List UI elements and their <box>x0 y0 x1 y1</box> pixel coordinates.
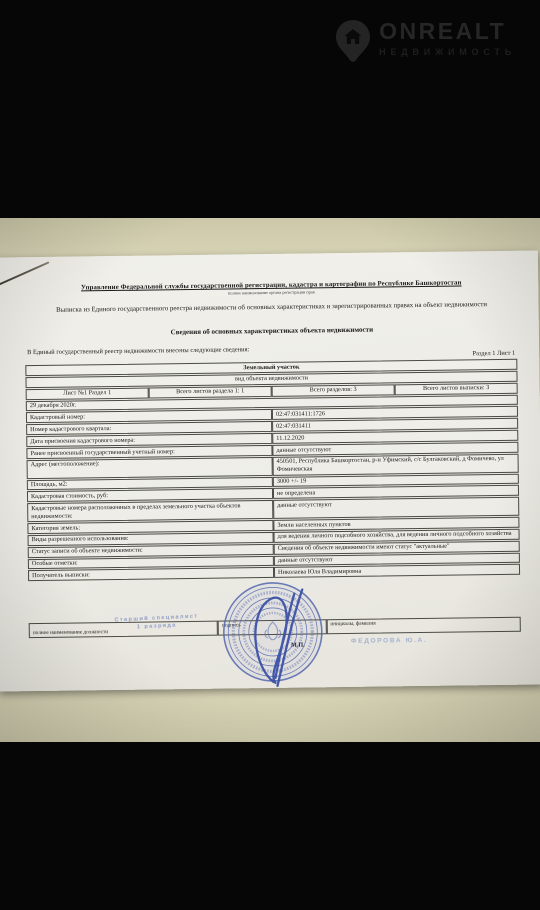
document-sheet: Управление Федеральной службы государств… <box>0 250 540 691</box>
sheet-info-cell: Всего разделов: 3 <box>272 384 395 396</box>
row-label: Получатель выписки: <box>28 567 274 581</box>
row-value: Николаева Юля Владимировна <box>274 564 520 578</box>
section-ref: Раздел 1 Лист 1 <box>472 350 515 358</box>
document-table: Земельный участок вид объекта недвижимос… <box>25 358 520 583</box>
sheet-info-cell: Всего листов выписки: 3 <box>395 382 518 394</box>
intro-line: В Единый государственный реестр недвижим… <box>27 346 249 356</box>
handwritten-signature <box>236 583 337 688</box>
statement-title: Выписка из Единого государственного реес… <box>27 301 517 314</box>
row-label: Кадастровые номера расположенных в преде… <box>27 500 273 522</box>
row-value: данные отсутствуют <box>273 497 519 519</box>
name-label: инициалы, фамилия <box>330 621 375 628</box>
photo-background: ONREALT НЕДВИЖИМОСТЬ Управление Федераль… <box>0 0 540 910</box>
row-value: 450501, Республика Башкортостан, р-н Уфи… <box>273 454 519 476</box>
seal-place-mark: М.П. <box>291 642 305 649</box>
logo-brand-text: ONREALT <box>379 20 516 43</box>
stamped-name-text: ФЕДОРОВА Ю.А. <box>351 637 427 645</box>
onrealt-pin-house-icon <box>336 20 370 62</box>
sheet-info-cell: Лист №1 Раздел 1 <box>26 387 149 399</box>
name-cell: инициалы, фамилия <box>326 617 521 635</box>
row-label: Адрес (местоположение): <box>27 457 273 479</box>
section-title: Сведения об основных характеристиках объ… <box>27 324 517 338</box>
logo-subtitle-text: НЕДВИЖИМОСТЬ <box>379 47 516 57</box>
onrealt-logo: ONREALT НЕДВИЖИМОСТЬ <box>336 20 516 62</box>
sheet-info-cell: Всего листов раздела 1: 1 <box>149 386 272 398</box>
